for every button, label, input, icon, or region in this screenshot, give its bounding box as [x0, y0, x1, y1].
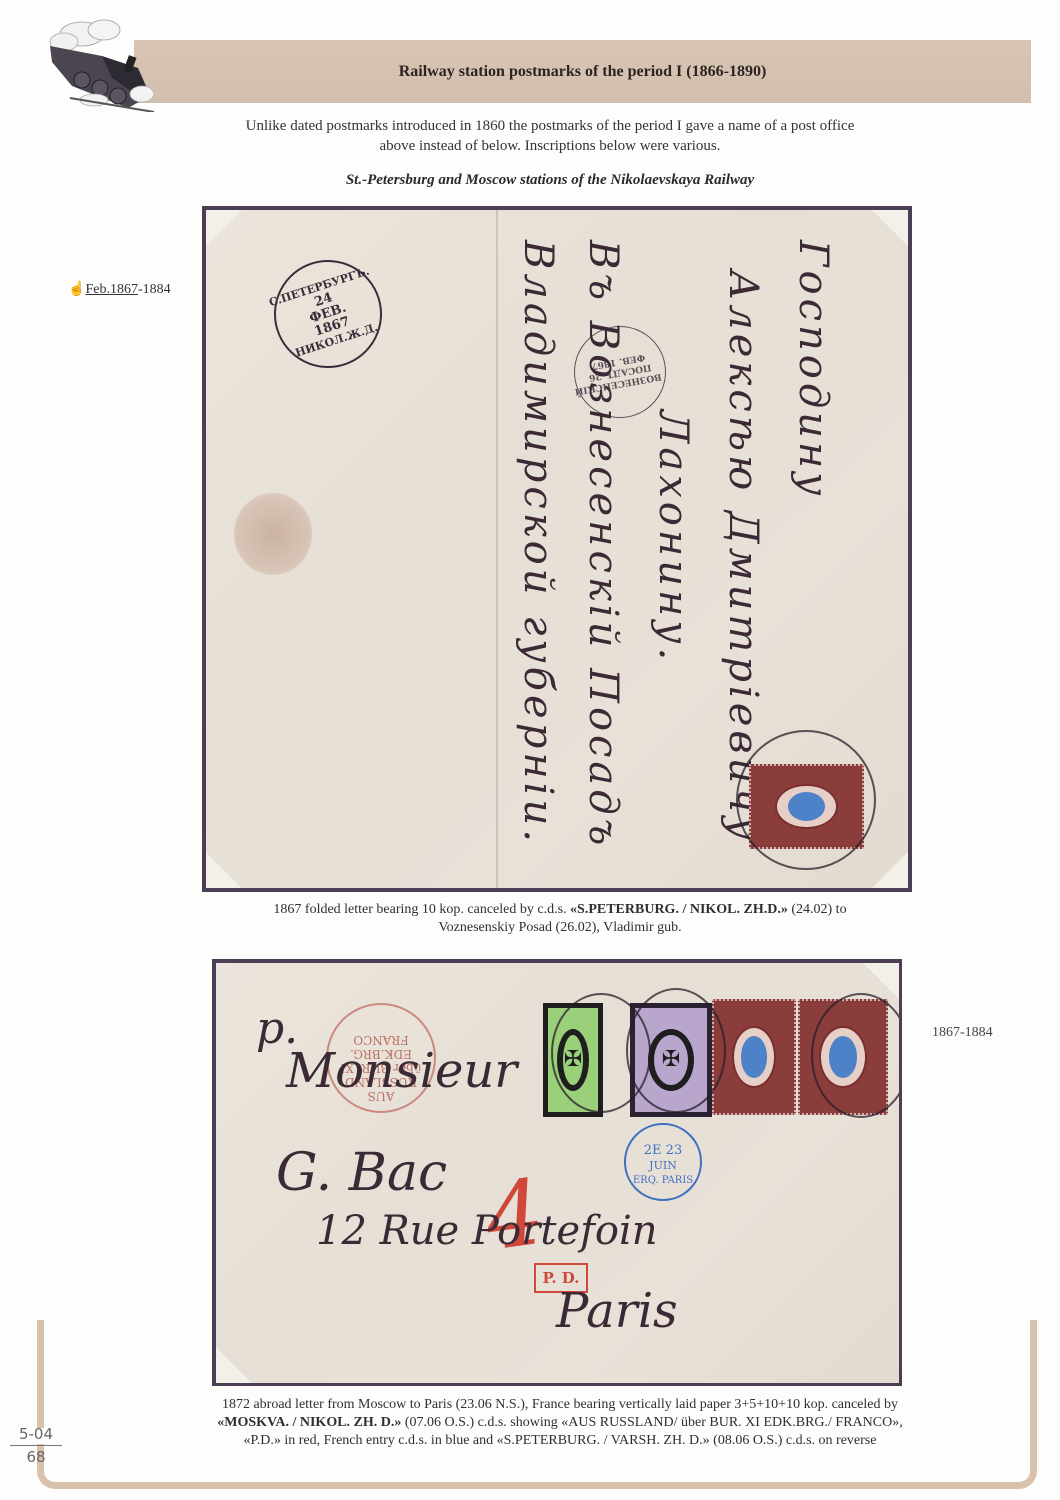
intro-line-1: Unlike dated postmarks introduced in 186… — [150, 116, 950, 136]
page-title: Railway station postmarks of the period … — [134, 40, 1031, 103]
stamp-oval — [732, 1026, 777, 1089]
page-ref-top: 5-04 — [10, 1425, 62, 1443]
section-subheading: St.-Petersburg and Moscow stations of th… — [150, 172, 950, 189]
address-line: Въ Вознесенскій Посадъ — [580, 240, 626, 849]
mount-corner — [214, 1345, 254, 1385]
intro-text: Unlike dated postmarks introduced in 186… — [150, 116, 950, 156]
divider — [10, 1445, 62, 1446]
stamp-cancel — [736, 730, 876, 870]
mount-corner — [870, 850, 910, 890]
period-note: ☝Feb.1867-1884 — [68, 281, 171, 298]
caption-cover-2: 1872 abroad letter from Moscow to Paris … — [120, 1396, 1000, 1450]
page-frame-dashes — [60, 1476, 1000, 1479]
pointing-hand-icon: ☝ — [68, 282, 85, 297]
fold-line — [496, 210, 498, 888]
caption-cover-1: 1867 folded letter bearing 10 kop. cance… — [180, 901, 940, 937]
address-line: G. Bac — [276, 1143, 447, 1203]
cover-1867-folded-letter: С.ПЕТЕРБУРГЪ. 24 ФЕВ. 1867 НИКОЛ.Ж.Д. ВО… — [202, 206, 912, 892]
moskva-cancel — [626, 988, 726, 1113]
mount-corner — [870, 208, 910, 248]
mount-corner — [204, 208, 244, 248]
cover-1872-abroad-letter: AUS RUSSLAND über BUR. XI EDK.BRG. FRANC… — [212, 959, 902, 1386]
address-line: Paris — [556, 1283, 678, 1339]
departure-postmark: С.ПЕТЕРБУРГЪ. 24 ФЕВ. 1867 НИКОЛ.Ж.Д. — [260, 246, 396, 382]
steam-locomotive-icon — [42, 16, 160, 112]
period-end: -1884 — [138, 282, 171, 297]
address-line: Лахонину. — [650, 410, 696, 664]
intro-line-2: above instead of below. Inscriptions bel… — [150, 136, 950, 156]
address-line: Monsieur — [286, 1043, 517, 1099]
page-ref-bottom: 68 — [10, 1448, 62, 1466]
page-reference: 5-04 68 — [10, 1425, 62, 1466]
mount-corner — [204, 850, 244, 890]
period-start: Feb.1867 — [85, 282, 138, 297]
moskva-cancel — [811, 993, 902, 1118]
period-note: 1867-1884 — [932, 1025, 993, 1041]
address-line: Господину — [790, 240, 836, 499]
frame-notch — [1016, 1428, 1023, 1444]
address-line: Владимирской губерніи. — [515, 240, 561, 846]
address-line: 12 Rue Portefoin — [316, 1208, 658, 1254]
wax-seal-stain — [234, 493, 312, 575]
